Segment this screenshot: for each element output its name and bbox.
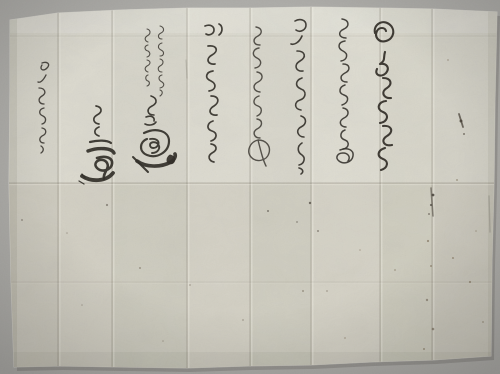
vignette <box>0 0 500 374</box>
document-scene <box>0 0 500 374</box>
document-photograph <box>0 0 500 374</box>
